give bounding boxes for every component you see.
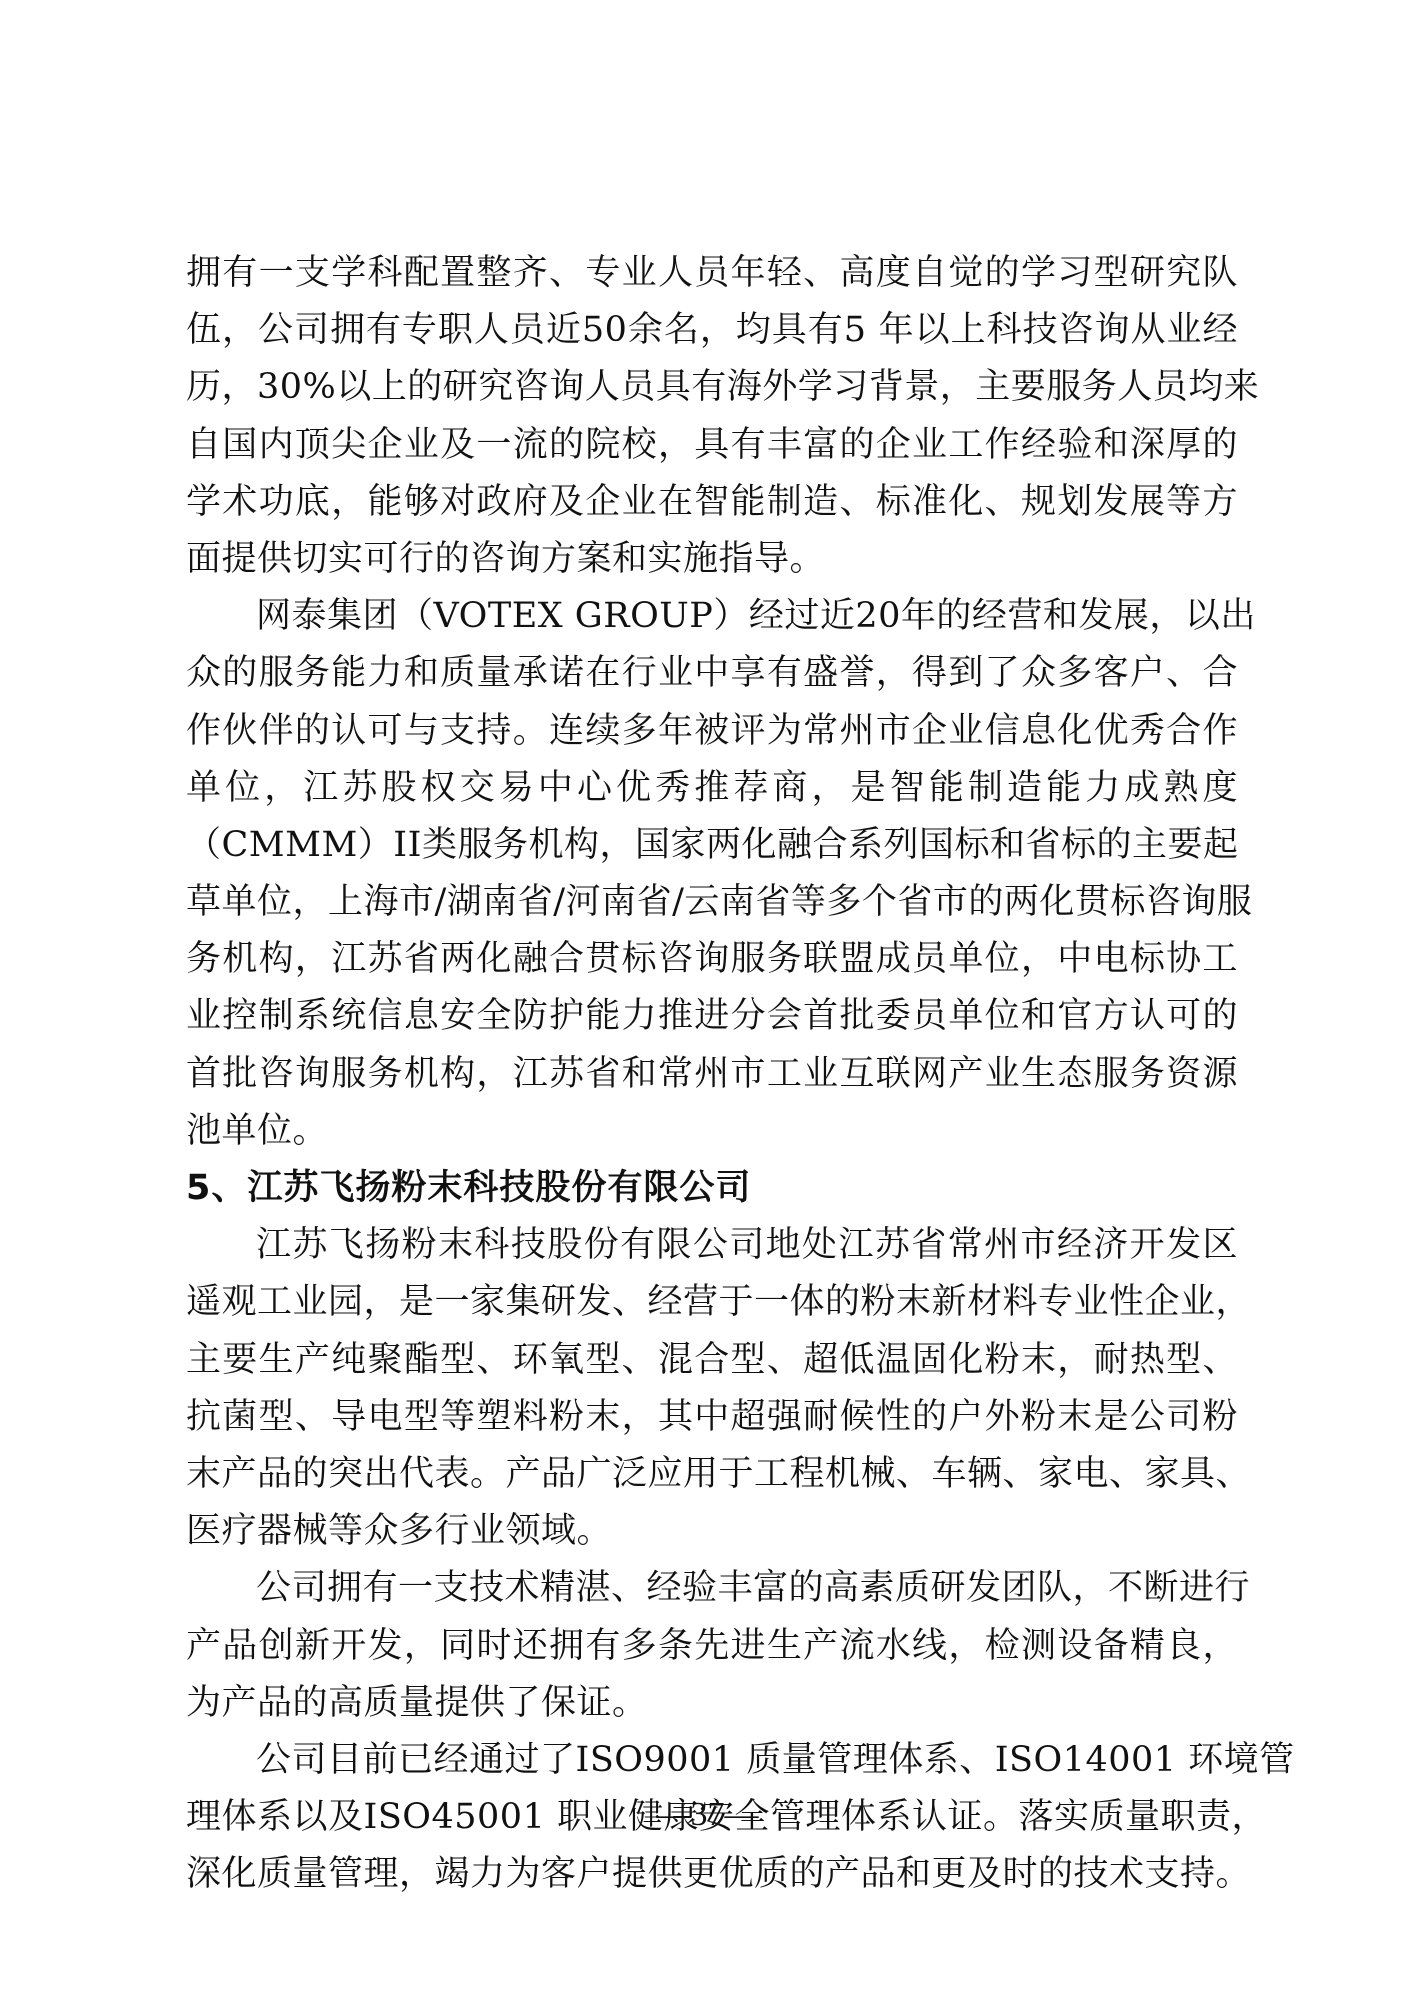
text-line: 众的服务能力和质量承诺在行业中享有盛誉，得到了众多客户、合	[186, 645, 1238, 702]
document-page: 拥有一支学科配置整齐、专业人员年轻、高度自觉的学习型研究队 伍，公司拥有专职人员…	[186, 245, 1238, 1903]
text-line: 深化质量管理，竭力为客户提供更优质的产品和更及时的技术支持。	[186, 1846, 1238, 1903]
text-line: 末产品的突出代表。产品广泛应用于工程机械、车辆、家电、家具、	[186, 1446, 1238, 1503]
text-line: 作伙伴的认可与支持。连续多年被评为常州市企业信息化优秀合作	[186, 703, 1238, 760]
paragraph: 拥有一支学科配置整齐、专业人员年轻、高度自觉的学习型研究队 伍，公司拥有专职人员…	[186, 245, 1238, 588]
text-line: 学术功底，能够对政府及企业在智能制造、标准化、规划发展等方	[186, 474, 1238, 531]
text-line: 公司拥有一支技术精湛、经验丰富的高素质研发团队，不断进行	[186, 1560, 1238, 1617]
text-line: 务机构，江苏省两化融合贯标咨询服务联盟成员单位，中电标协工	[186, 931, 1238, 988]
text-line: 历，30%以上的研究咨询人员具有海外学习背景，主要服务人员均来	[186, 359, 1238, 416]
text-line: （CMMM）II类服务机构，国家两化融合系列国标和省标的主要起	[186, 817, 1238, 874]
text-line: 自国内顶尖企业及一流的院校，具有丰富的企业工作经验和深厚的	[186, 417, 1238, 474]
paragraph: 公司拥有一支技术精湛、经验丰富的高素质研发团队，不断进行 产品创新开发，同时还拥…	[186, 1560, 1238, 1732]
text-line: 为产品的高质量提供了保证。	[186, 1675, 1238, 1732]
text-line: 草单位，上海市/湖南省/河南省/云南省等多个省市的两化贯标咨询服	[186, 874, 1238, 931]
text-line: 首批咨询服务机构，江苏省和常州市工业互联网产业生态服务资源	[186, 1046, 1238, 1103]
text-line: 抗菌型、导电型等塑料粉末，其中超强耐候性的户外粉末是公司粉	[186, 1389, 1238, 1446]
text-line: 网泰集团（VOTEX GROUP）经过近20年的经营和发展，以出	[186, 588, 1238, 645]
text-line: 拥有一支学科配置整齐、专业人员年轻、高度自觉的学习型研究队	[186, 245, 1238, 302]
text-line: 单位，江苏股权交易中心优秀推荐商，是智能制造能力成熟度	[186, 760, 1238, 817]
paragraph: 江苏飞扬粉末科技股份有限公司地处江苏省常州市经济开发区 遥观工业园，是一家集研发…	[186, 1217, 1238, 1560]
text-line: 面提供切实可行的咨询方案和实施指导。	[186, 531, 1238, 588]
text-line: 产品创新开发，同时还拥有多条先进生产流水线，检测设备精良，	[186, 1618, 1238, 1675]
section-heading: 5、江苏飞扬粉末科技股份有限公司	[186, 1160, 1238, 1217]
text-line: 池单位。	[186, 1103, 1238, 1160]
paragraph: 网泰集团（VOTEX GROUP）经过近20年的经营和发展，以出 众的服务能力和…	[186, 588, 1238, 1160]
text-line: 伍，公司拥有专职人员近50余名，均具有5 年以上科技咨询从业经	[186, 302, 1238, 359]
text-line: 业控制系统信息安全防护能力推进分会首批委员单位和官方认可的	[186, 988, 1238, 1045]
page-number: —37—	[0, 1796, 1415, 1834]
text-line: 主要生产纯聚酯型、环氧型、混合型、超低温固化粉末，耐热型、	[186, 1332, 1238, 1389]
text-line: 医疗器械等众多行业领域。	[186, 1503, 1238, 1560]
text-line: 遥观工业园，是一家集研发、经营于一体的粉末新材料专业性企业，	[186, 1274, 1238, 1331]
text-line: 江苏飞扬粉末科技股份有限公司地处江苏省常州市经济开发区	[186, 1217, 1238, 1274]
text-line: 公司目前已经通过了ISO9001 质量管理体系、ISO14001 环境管	[186, 1732, 1238, 1789]
